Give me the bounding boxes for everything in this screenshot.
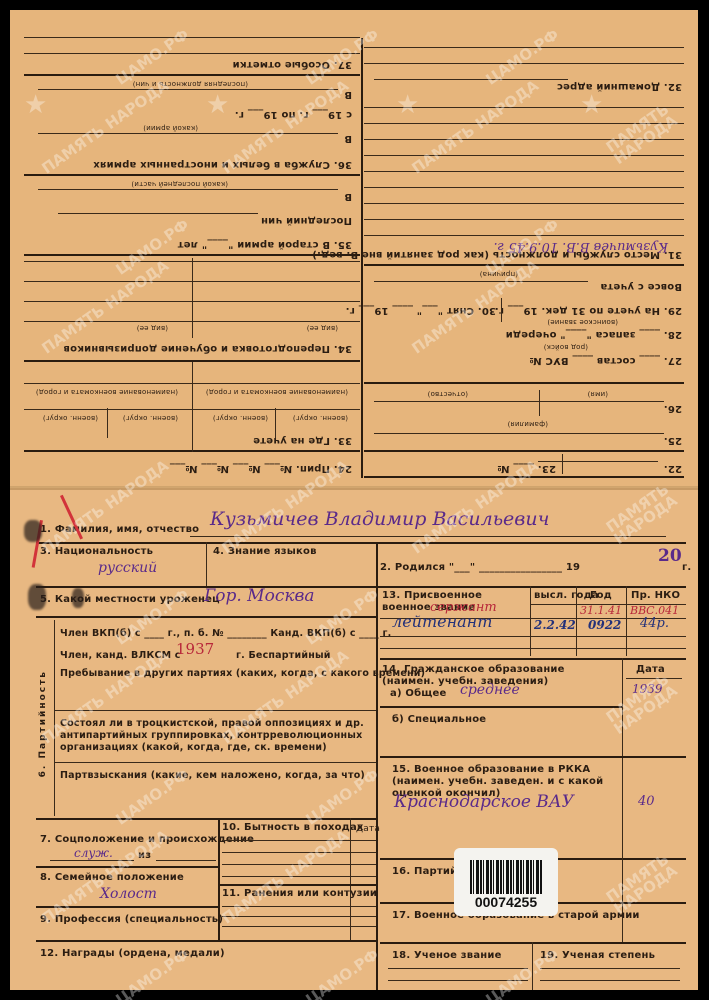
field-32-label: 32. Домашний адрес <box>557 81 682 92</box>
rank-cell: лейтенант <box>392 612 492 631</box>
divider <box>532 942 533 990</box>
divider <box>380 756 686 758</box>
field-line <box>38 189 338 190</box>
field-35-unit: В <box>344 191 352 202</box>
field-22-label: 22. <box>664 463 682 474</box>
party-side-label: 6. Партийность <box>38 670 48 777</box>
field-line <box>364 187 684 188</box>
divider <box>192 362 193 452</box>
field-line <box>364 139 684 140</box>
divider <box>380 942 686 944</box>
field-line <box>50 860 134 861</box>
field-line <box>374 281 588 282</box>
divider <box>376 542 378 990</box>
hint-which-army: (какой армии) <box>143 124 198 132</box>
field-2-label: 2. Родился "___" ________________ 19 <box>380 562 580 573</box>
divider <box>501 298 502 322</box>
field-line <box>58 213 258 214</box>
party-nonparty: г. Беспартийный <box>236 650 331 661</box>
field-25-label: 25. <box>664 435 682 446</box>
field-27-label: 27. ____ состав ____ ВУС № <box>529 355 682 366</box>
divider <box>24 174 360 176</box>
field-line <box>364 203 684 204</box>
field-35-label: 35. В старой армии "____" лет <box>178 239 352 250</box>
field-18-label: 18. Ученое звание <box>392 950 502 961</box>
divider <box>622 858 623 942</box>
divider <box>364 382 684 384</box>
divider <box>107 408 108 438</box>
field-line <box>374 401 664 402</box>
field-line <box>364 47 684 48</box>
field-33-label: 33. Где на учете <box>253 435 352 446</box>
divider <box>364 264 684 266</box>
field-7-from: из <box>138 850 151 861</box>
field-line <box>374 79 568 80</box>
field-10-label: 10. Бытность в походах <box>222 822 364 833</box>
divider <box>622 658 623 858</box>
hint-type: (вид ее) <box>137 324 168 332</box>
card-front-side: 1. Фамилия, имя, отчество Кузьмичев Влад… <box>10 488 698 990</box>
field-line <box>24 321 360 322</box>
field-31-signature: Кузьмичев В.В. 10.9.45 г. <box>494 239 668 254</box>
archival-record-card: 22. 23. ____ № 25. (фамилия) 26. (имя) (… <box>10 10 698 988</box>
divider <box>275 408 276 438</box>
service-cell: 2.2.42 <box>534 618 576 632</box>
field-15-value: Краснодарское ВАУ <box>394 792 574 812</box>
year-cell: 0922 <box>588 618 621 632</box>
divider <box>218 884 376 886</box>
field-34-label: 34. Переподготовка и обучение допризывни… <box>63 343 352 354</box>
field-line <box>222 916 376 917</box>
hint-name: (имя) <box>587 390 608 398</box>
field-line <box>222 906 376 907</box>
field-line <box>388 968 528 969</box>
divider <box>54 710 376 711</box>
field-35-rank: Последний чин <box>261 215 352 226</box>
divider <box>54 620 55 816</box>
divider <box>380 636 686 637</box>
divider <box>36 542 686 544</box>
divider <box>380 658 686 660</box>
field-line <box>24 383 360 384</box>
card-reverse-side-inverted: 22. 23. ____ № 25. (фамилия) 26. (имя) (… <box>10 10 698 488</box>
field-line <box>38 89 338 90</box>
field-29-label: 29. На учете по 31 дек. 19___ г. <box>495 305 682 316</box>
field-line <box>374 433 664 434</box>
divider <box>36 866 218 868</box>
field-37-label: 37. Особые отметки <box>232 59 352 70</box>
field-line <box>24 409 360 410</box>
field-14-general-label: а) Общее <box>390 688 447 699</box>
field-line <box>222 926 376 927</box>
field-19-label: 19. Ученая степень <box>540 950 655 961</box>
field-line <box>156 860 216 861</box>
ink-smudge <box>72 588 84 608</box>
hint-district: (военн. округ) <box>293 414 348 422</box>
divider <box>54 762 376 763</box>
field-26-label: 26. <box>664 403 682 414</box>
hint-rank: (воинское звание) <box>547 318 618 326</box>
party-vlksm-year: 1937 <box>176 640 214 658</box>
divider <box>626 678 682 679</box>
hint-reason: (причина) <box>480 270 518 278</box>
field-4-label: 4. Знание языков <box>213 546 317 557</box>
party-vlksm-label: Член, канд. ВЛКСМ с <box>60 650 181 661</box>
divider <box>206 542 207 586</box>
field-line <box>364 219 684 220</box>
field-line <box>222 840 376 841</box>
field-36-label: 36. Служба в белых и иностранных армиях <box>93 159 352 170</box>
divider <box>24 254 360 256</box>
divider <box>380 648 686 649</box>
field-line <box>38 133 338 134</box>
field-line <box>364 63 684 64</box>
divider <box>539 390 540 416</box>
hint-type: (вид ее) <box>307 324 338 332</box>
field-9-label: 9. Профессия (специальность) <box>40 914 223 925</box>
field-14-general-value: среднее <box>460 682 520 698</box>
field-line <box>364 171 684 172</box>
field-8-value: Холост <box>100 886 157 902</box>
field-14-special-label: б) Специальное <box>392 714 486 725</box>
removed-from-register: Вовсе с учета <box>600 281 682 292</box>
hint-district: (военн. округ) <box>213 414 268 422</box>
field-line <box>222 876 376 877</box>
hint-last-position: (последняя должность и чин) <box>133 80 249 88</box>
field-2-suffix: г. <box>682 562 691 573</box>
divider <box>36 940 376 942</box>
divider <box>350 818 351 940</box>
hint-branch: (род войск) <box>544 343 589 351</box>
field-12-label: 12. Награды (ордена, медали) <box>40 948 225 959</box>
field-3-label: 3. Национальность <box>40 546 153 557</box>
field-14-date-header: Дата <box>636 664 665 675</box>
field-3-value: русский <box>98 560 157 576</box>
divider <box>24 360 360 362</box>
divider <box>36 586 686 588</box>
field-line <box>24 281 360 282</box>
field-5-label: 5. Какой местности уроженец <box>40 594 220 605</box>
divider <box>218 818 220 940</box>
field-line <box>24 53 360 54</box>
field-line <box>190 536 666 537</box>
divider <box>36 616 376 618</box>
field-36-position: В <box>344 89 352 100</box>
barcode-sticker: 00074255 <box>454 848 558 916</box>
field-1-value: Кузьмичев Владимир Васильевич <box>210 508 549 530</box>
divider <box>24 74 360 76</box>
field-24-label: 24. Прип. №___ №___ №___ №___ <box>170 463 352 474</box>
col-header-order: Пр. НКО <box>631 590 680 601</box>
field-2-year: 20 <box>658 546 682 566</box>
field-line <box>222 864 376 865</box>
field-line <box>222 852 376 853</box>
divider <box>364 476 684 478</box>
order-cell: 44р. <box>640 616 669 631</box>
field-line <box>540 980 680 981</box>
hint-surname: (фамилия) <box>507 420 548 428</box>
field-line <box>24 301 360 302</box>
field-15-date: 40 <box>638 794 655 809</box>
field-23-label: 23. ____ № <box>497 463 556 474</box>
party-other: Пребывание в других партиях (каких, когд… <box>60 668 425 679</box>
field-7-value: служ. <box>74 846 113 860</box>
field-line <box>24 37 360 38</box>
field-8-label: 8. Семейное положение <box>40 872 184 883</box>
field-1-label: 1. Фамилия, имя, отчество <box>40 524 199 535</box>
field-line <box>388 980 528 981</box>
divider <box>626 586 627 656</box>
field-line <box>364 235 684 236</box>
year-cell: 31.1.41 <box>580 604 622 617</box>
field-line <box>538 461 658 462</box>
divider <box>364 450 684 452</box>
party-penalties: Партвзыскания (какие, кем наложено, когд… <box>60 770 365 781</box>
field-28-label: 28. ____ запаса "____" очереди <box>506 329 683 340</box>
field-11-label: 11. Ранения или контузии <box>222 888 377 899</box>
field-10-date-header: Дата <box>356 824 380 834</box>
field-line <box>364 123 684 124</box>
field-line <box>364 155 684 156</box>
hint-last-unit: (какой последней части) <box>131 180 228 188</box>
divider <box>192 258 193 338</box>
ink-smudge <box>24 520 42 542</box>
hint-district: (военн. округ) <box>43 414 98 422</box>
field-30-label: 30. Снят "___" ____ 19___ г. <box>345 305 496 316</box>
barcode-icon <box>470 860 542 894</box>
divider <box>36 818 376 820</box>
divider <box>36 906 218 908</box>
divider <box>380 706 622 708</box>
party-vkp: Член ВКП(б) с ____ г., п. б. № ________ … <box>60 628 391 639</box>
divider <box>562 454 563 474</box>
field-line <box>24 261 360 262</box>
hint-district: (военн. округ) <box>123 414 178 422</box>
hint-patronymic: (отчество) <box>427 390 468 398</box>
barcode-number: 00074255 <box>454 894 558 910</box>
party-opposition: Состоял ли в троцкистской, правой оппози… <box>60 718 372 754</box>
field-14-general-date: 1939 <box>632 682 663 696</box>
col-header-year: Год <box>590 590 612 601</box>
field-5-value: Гор. Москва <box>204 586 315 606</box>
hint-military-office: (наименование военкомата и город) <box>36 388 178 396</box>
field-line <box>364 107 684 108</box>
divider <box>530 586 531 656</box>
field-line <box>540 968 680 969</box>
field-36-army: В <box>344 133 352 144</box>
hint-military-office: (наименование военкомата и город) <box>206 388 348 396</box>
field-36-period: с 19___ г. по 19___ г. <box>235 109 352 120</box>
ink-smudge <box>28 584 46 610</box>
